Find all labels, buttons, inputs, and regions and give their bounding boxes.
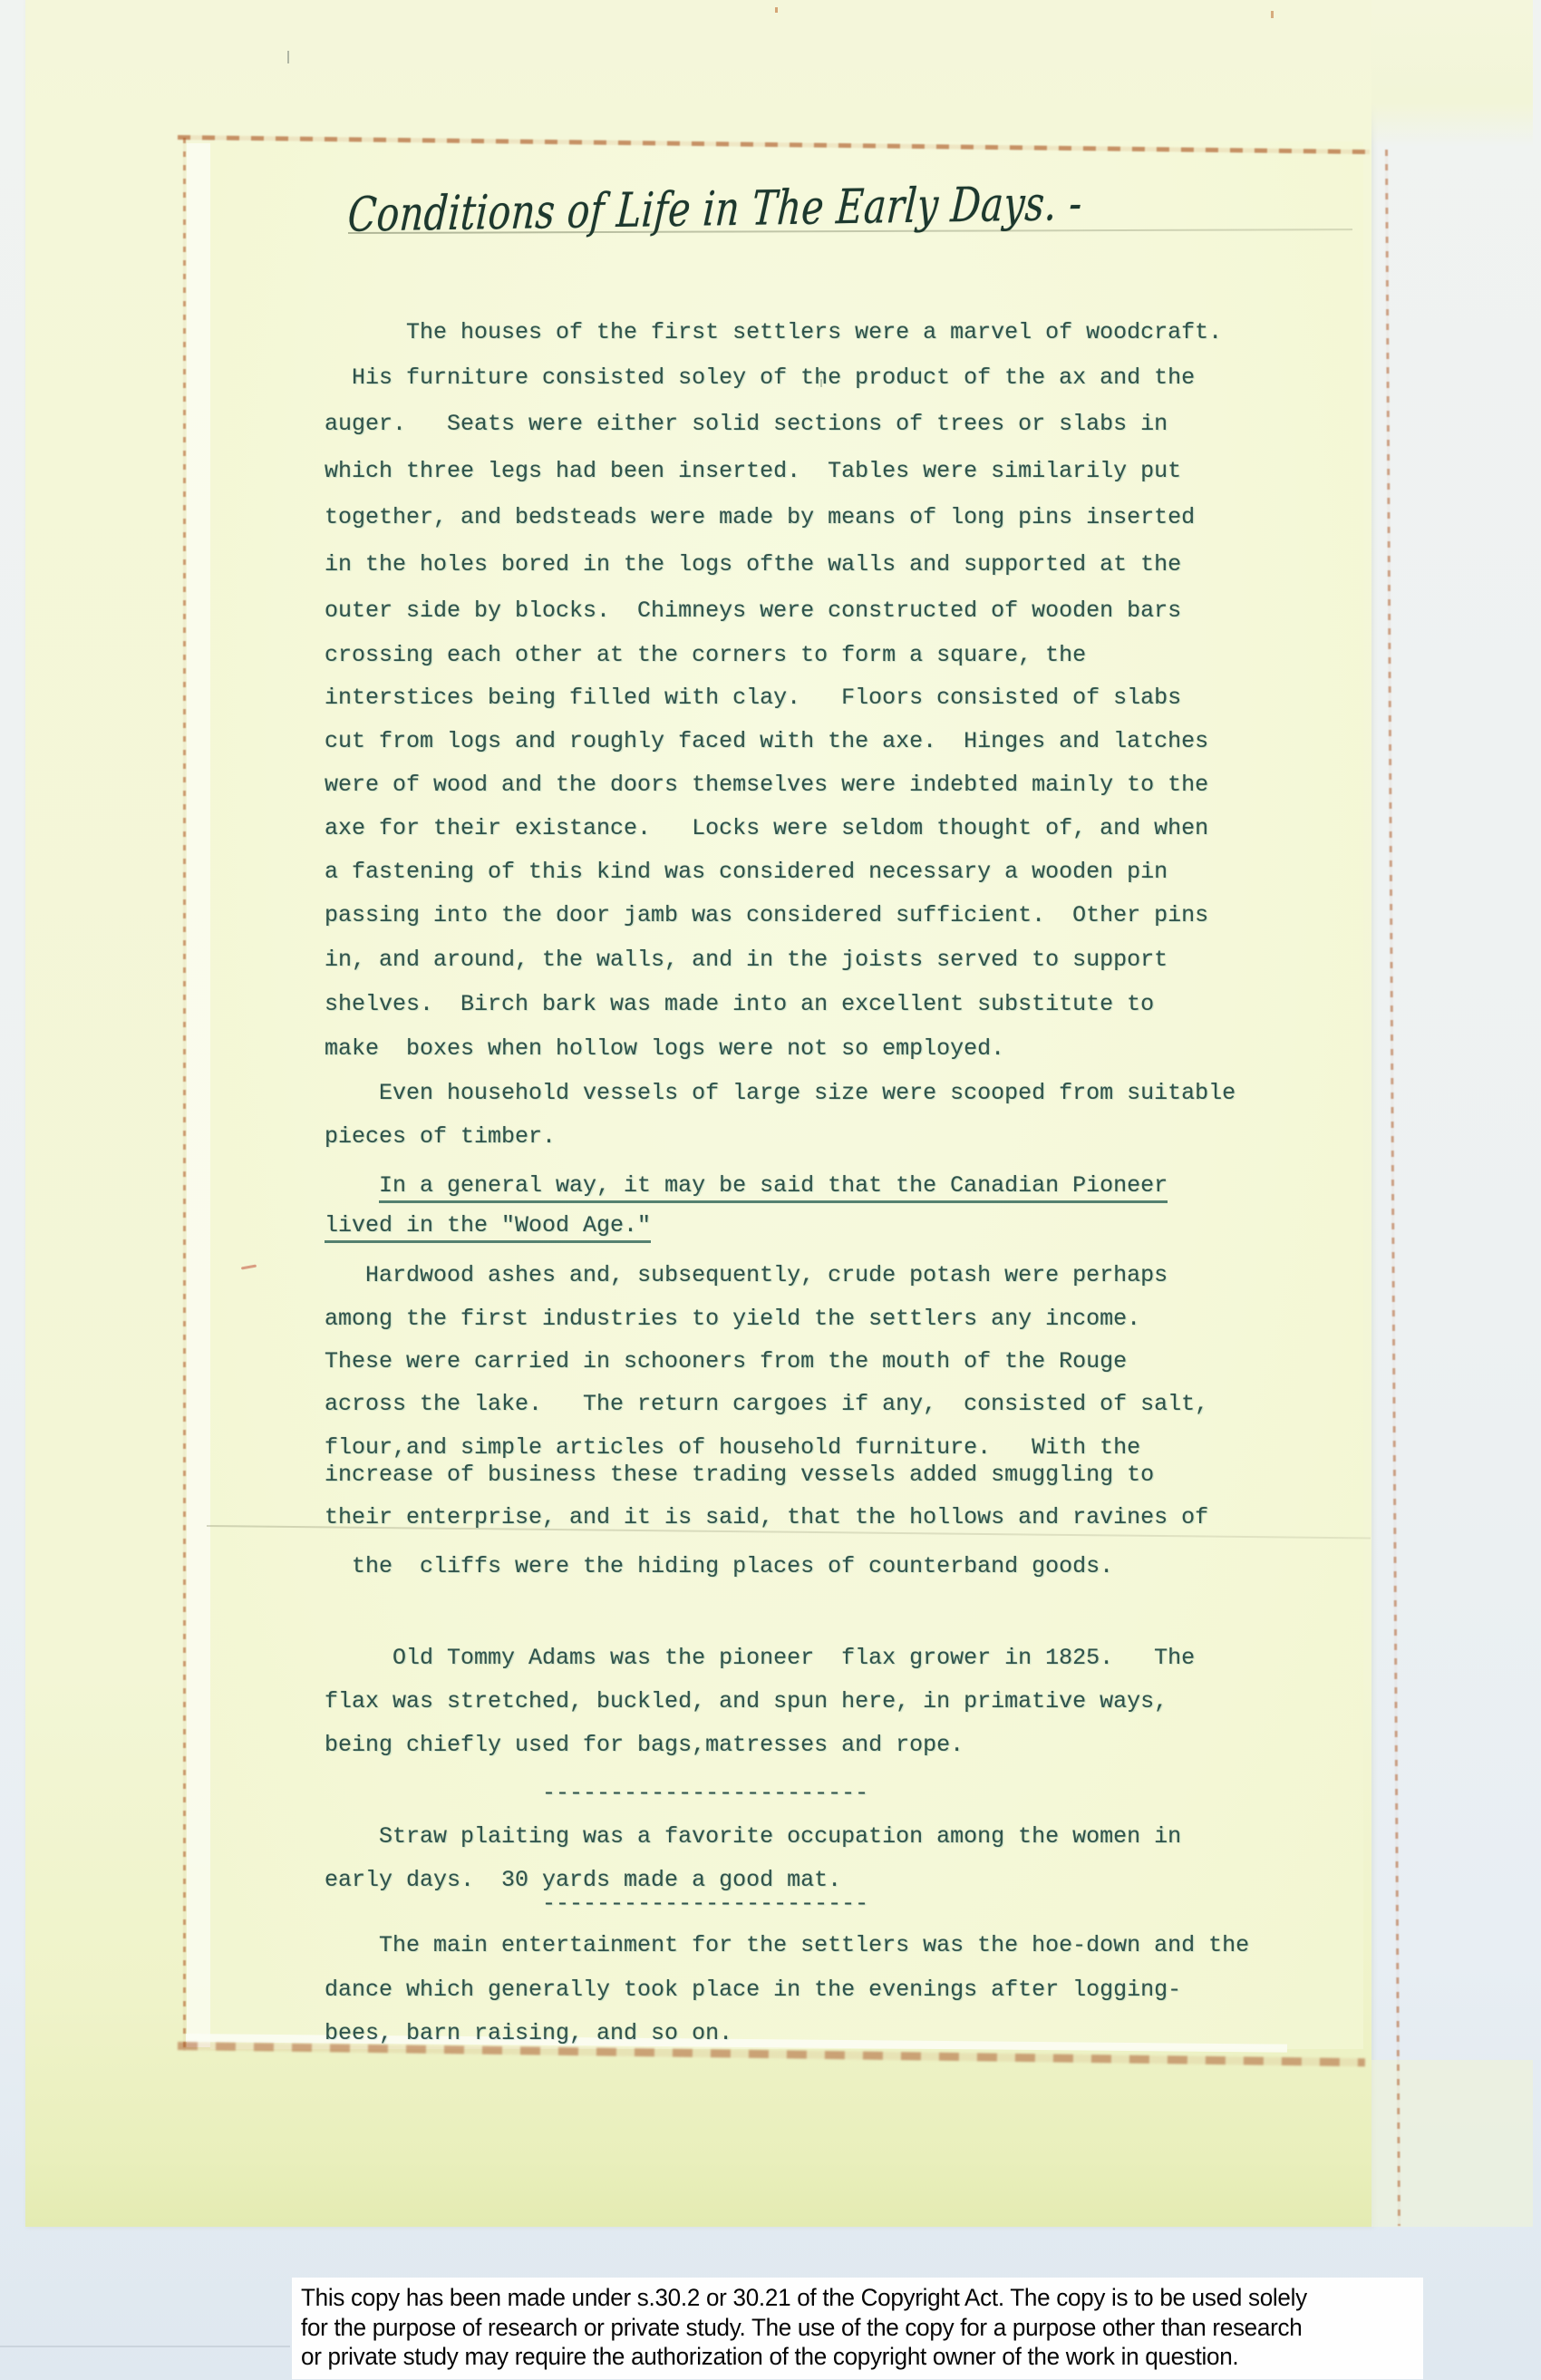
torn-edge-right	[1385, 150, 1400, 2226]
typed-line: pieces of timber.	[325, 1123, 556, 1150]
typed-line: which three legs had been inserted. Tabl…	[325, 458, 1181, 484]
copyright-notice: This copy has been made under s.30.2 or …	[292, 2278, 1423, 2379]
typed-line: together, and bedsteads were made by mea…	[325, 504, 1195, 530]
typed-line: Old Tommy Adams was the pioneer flax gro…	[325, 1645, 1195, 1671]
typed-line: early days. 30 yards made a good mat.	[325, 1867, 841, 1893]
scanned-document: Conditions of Life in The Early Days. - …	[0, 0, 1541, 2380]
typed-line: passing into the door jamb was considere…	[325, 902, 1208, 928]
torn-edge-gap-left	[187, 143, 210, 2047]
typed-line: being chiefly used for bags,matresses an…	[325, 1732, 964, 1758]
typed-line: among the first industries to yield the …	[325, 1306, 1140, 1332]
typed-text-block: The houses of the first settlers were a …	[325, 0, 1240, 2085]
typed-line: shelves. Birch bark was made into an exc…	[325, 991, 1154, 1017]
typed-line: auger. Seats were either solid sections …	[325, 411, 1168, 437]
copyright-line-1: This copy has been made under s.30.2 or …	[301, 2283, 1375, 2313]
typed-line: These were carried in schooners from the…	[325, 1348, 1127, 1375]
typed-line: His furniture consisted soley of the pro…	[325, 364, 1195, 391]
typed-line: a fastening of this kind was considered …	[325, 859, 1168, 885]
typed-line: Straw plaiting was a favorite occupation…	[325, 1823, 1181, 1850]
torn-edge-left	[183, 138, 186, 2051]
backing-sheet-top-right	[1371, 0, 1533, 147]
typed-line: The main entertainment for the settlers …	[325, 1932, 1249, 1958]
ink-speck	[1271, 11, 1274, 18]
typed-line: make boxes when hollow logs were not so …	[325, 1035, 1004, 1062]
typed-line: ------------------------	[325, 1780, 868, 1806]
typed-line: crossing each other at the corners to fo…	[325, 642, 1086, 668]
typed-line: lived in the "Wood Age."	[325, 1212, 651, 1239]
typed-line: Hardwood ashes and, subsequently, crude …	[325, 1262, 1168, 1288]
typed-line: bees, barn raising, and so on.	[325, 2020, 732, 2046]
typed-line: flour,and simple articles of household f…	[325, 1434, 1140, 1461]
typed-line: In a general way, it may be said that th…	[325, 1172, 1168, 1199]
typed-line: The houses of the first settlers were a …	[325, 319, 1222, 345]
typed-line: cut from logs and roughly faced with the…	[325, 728, 1208, 754]
typed-line: flax was stretched, buckled, and spun he…	[325, 1688, 1168, 1715]
typed-line: across the lake. The return cargoes if a…	[325, 1391, 1208, 1417]
typed-line: in the holes bored in the logs ofthe wal…	[325, 551, 1181, 578]
typed-line: increase of business these trading vesse…	[325, 1462, 1154, 1488]
ink-speck	[287, 51, 289, 63]
backing-sheet-bottom-right	[1371, 2060, 1533, 2227]
copyright-line-2: for the purpose of research or private s…	[301, 2313, 1375, 2343]
typed-line: were of wood and the doors themselves we…	[325, 772, 1208, 798]
footer-baseline	[0, 2346, 290, 2347]
typed-line: the cliffs were the hiding places of cou…	[325, 1553, 1113, 1579]
typed-line: in, and around, the walls, and in the jo…	[325, 947, 1168, 973]
typed-line: Even household vessels of large size wer…	[325, 1080, 1236, 1106]
typed-line: axe for their existance. Locks were seld…	[325, 815, 1208, 841]
typed-line: ------------------------	[325, 1890, 868, 1917]
typed-line: their enterprise, and it is said, that t…	[325, 1504, 1208, 1530]
copyright-line-3: or private study may require the authori…	[301, 2342, 1375, 2372]
typed-line: outer side by blocks. Chimneys were cons…	[325, 597, 1181, 624]
typed-line: interstices being filled with clay. Floo…	[325, 685, 1181, 711]
typed-line: dance which generally took place in the …	[325, 1977, 1181, 2003]
